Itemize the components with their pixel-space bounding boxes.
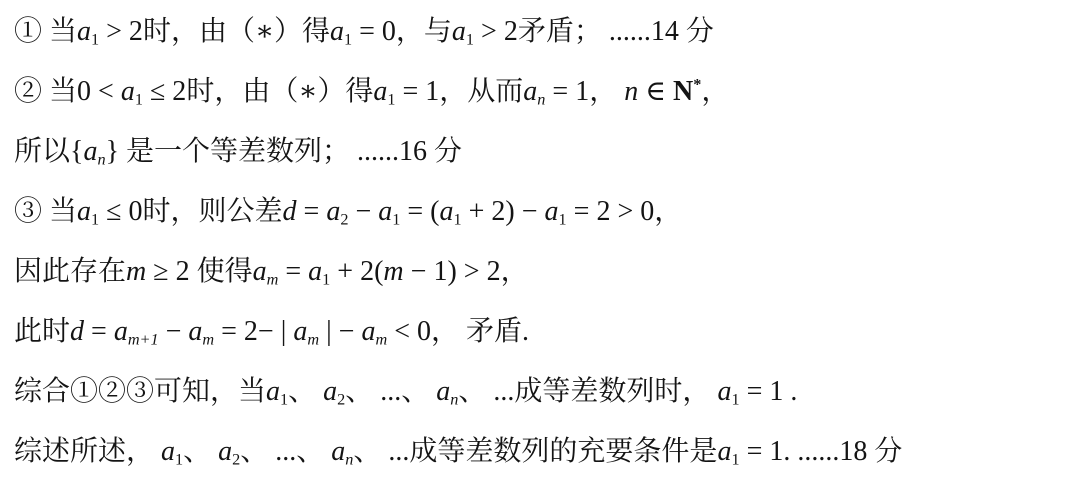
text-run: ≥ 2	[146, 256, 196, 287]
text-line-6: 此时d = am+1 − am = 2− | am | − am < 0， 矛盾…	[14, 302, 1080, 362]
text-run: ② 当	[14, 76, 77, 107]
text-run: a1	[308, 256, 330, 287]
text-run: 时，则公差	[143, 196, 283, 227]
text-run: a1	[121, 76, 143, 107]
text-run: a1	[161, 436, 183, 467]
subscript: 1	[135, 91, 143, 109]
text-run: am	[253, 256, 279, 287]
text-run: ③ 当	[14, 196, 77, 227]
text-run: 、	[288, 376, 323, 407]
subscript: m	[267, 271, 279, 289]
text-line-4: ③ 当a1 ≤ 0时，则公差d = a2 − a1 = (a1 + 2) − a…	[14, 182, 1080, 242]
text-run: + 2(	[330, 256, 383, 287]
text-run: =	[297, 196, 327, 227]
text-run: = 0	[352, 16, 396, 47]
text-run: a1	[330, 16, 352, 47]
text-run: d	[283, 196, 297, 227]
text-run: ， 矛盾.	[431, 316, 529, 347]
text-run: an	[523, 76, 545, 107]
text-run: am	[293, 316, 319, 347]
text-line-2: ② 当0 < a1 ≤ 2时，由（∗）得a1 = 1，从而an = 1， n ∈…	[14, 62, 1080, 122]
text-run: 所以	[14, 136, 70, 167]
text-run: = 1.	[740, 436, 791, 467]
text-run: a1	[545, 196, 567, 227]
subscript: 1	[559, 211, 567, 229]
text-run: > 2	[474, 16, 518, 47]
text-run: ，	[654, 196, 682, 227]
subscript: 1	[731, 451, 739, 469]
text-run: d	[70, 316, 84, 347]
subscript: 1	[91, 211, 99, 229]
text-run: 时，由（∗）得	[143, 16, 330, 47]
text-run: 、 ...成等差数列时，	[458, 376, 717, 407]
text-run: + 2) −	[462, 196, 545, 227]
subscript: 1	[454, 211, 462, 229]
document: ① 当a1 > 2时，由（∗）得a1 = 0，与a1 > 2矛盾； ......…	[0, 0, 1080, 482]
text-run: m	[126, 256, 146, 287]
subscript: 1	[466, 31, 474, 49]
text-run: ，	[589, 76, 624, 107]
text-run: 、	[183, 436, 218, 467]
text-run: am+1	[114, 316, 159, 347]
subscript: 1	[175, 451, 183, 469]
text-run: a1	[717, 436, 739, 467]
text-run: a1	[452, 16, 474, 47]
text-run: = 1	[545, 76, 589, 107]
subscript: 1	[731, 391, 739, 409]
text-run: a1	[378, 196, 400, 227]
text-run: a1	[266, 376, 288, 407]
subscript: m+1	[128, 331, 159, 349]
text-run: ≤ 0	[99, 196, 142, 227]
text-line-3: 所以{an} 是一个等差数列； ......16 分	[14, 122, 1080, 182]
text-run: 综合①②③可知，当	[14, 376, 266, 407]
text-line-8: 综述所述， a1、 a2、 ...、 an、 ...成等差数列的充要条件是a1 …	[14, 422, 1080, 482]
text-run: 、 ...、	[345, 376, 436, 407]
text-run: a1	[77, 16, 99, 47]
text-run: an	[436, 376, 458, 407]
text-run: n	[624, 76, 638, 107]
text-run: ① 当	[14, 16, 77, 47]
text-run: am	[188, 316, 214, 347]
text-run: =	[84, 316, 114, 347]
page: ① 当a1 > 2时，由（∗）得a1 = 0，与a1 > 2矛盾； ......…	[0, 0, 1080, 484]
text-run: ，与	[396, 16, 452, 47]
text-run: {	[70, 136, 83, 167]
subscript: m	[307, 331, 319, 349]
text-run: an	[83, 136, 105, 167]
text-run: a1	[373, 76, 395, 107]
text-run: 矛盾； ......14 分	[518, 16, 714, 47]
text-run: ，	[501, 256, 529, 287]
subscript: 1	[344, 31, 352, 49]
text-run: > 2	[99, 16, 143, 47]
text-run: = (	[400, 196, 439, 227]
text-run: 0 <	[77, 76, 121, 107]
text-run: a1	[717, 376, 739, 407]
text-run: 综述所述，	[14, 436, 161, 467]
text-run: an	[331, 436, 353, 467]
text-run: = 2 > 0	[567, 196, 655, 227]
subscript: m	[375, 331, 387, 349]
subscript: 1	[280, 391, 288, 409]
subscript: m	[202, 331, 214, 349]
text-run: a2	[218, 436, 240, 467]
text-run: 是一个等差数列； ......16 分	[126, 136, 462, 167]
text-run: 、 ...成等差数列的充要条件是	[353, 436, 717, 467]
text-run: ，	[701, 76, 729, 107]
subscript: n	[97, 151, 105, 169]
text-run: ∈	[638, 76, 673, 107]
text-run: 使得	[197, 256, 253, 287]
text-run: m	[383, 256, 403, 287]
text-line-5: 因此存在m ≥ 2 使得am = a1 + 2(m − 1) > 2，	[14, 242, 1080, 302]
text-run: am	[361, 316, 387, 347]
text-run: = 1	[395, 76, 439, 107]
text-run: ≤ 2	[143, 76, 186, 107]
text-run: 、 ...、	[240, 436, 331, 467]
text-run: 因此存在	[14, 256, 126, 287]
text-line-7: 综合①②③可知，当a1、 a2、 ...、 an、 ...成等差数列时， a1 …	[14, 362, 1080, 422]
text-run: < 0	[387, 316, 431, 347]
text-run: N*	[673, 76, 701, 107]
text-run: 此时	[14, 316, 70, 347]
text-run: ......18 分	[790, 436, 902, 467]
text-line-1: ① 当a1 > 2时，由（∗）得a1 = 0，与a1 > 2矛盾； ......…	[14, 2, 1080, 62]
text-run: }	[106, 136, 126, 167]
text-run: − 1) > 2	[404, 256, 501, 287]
subscript: 1	[91, 31, 99, 49]
text-run: 时，由（∗）得	[186, 76, 373, 107]
text-run: = 2− |	[214, 316, 293, 347]
text-run: a1	[77, 196, 99, 227]
text-run: −	[348, 196, 378, 227]
text-run: ，从而	[439, 76, 523, 107]
text-run: a1	[440, 196, 462, 227]
text-run: =	[278, 256, 308, 287]
text-run: −	[159, 316, 189, 347]
text-run: = 1 .	[740, 376, 798, 407]
text-run: a2	[323, 376, 345, 407]
text-run: | −	[319, 316, 361, 347]
text-run: a2	[326, 196, 348, 227]
